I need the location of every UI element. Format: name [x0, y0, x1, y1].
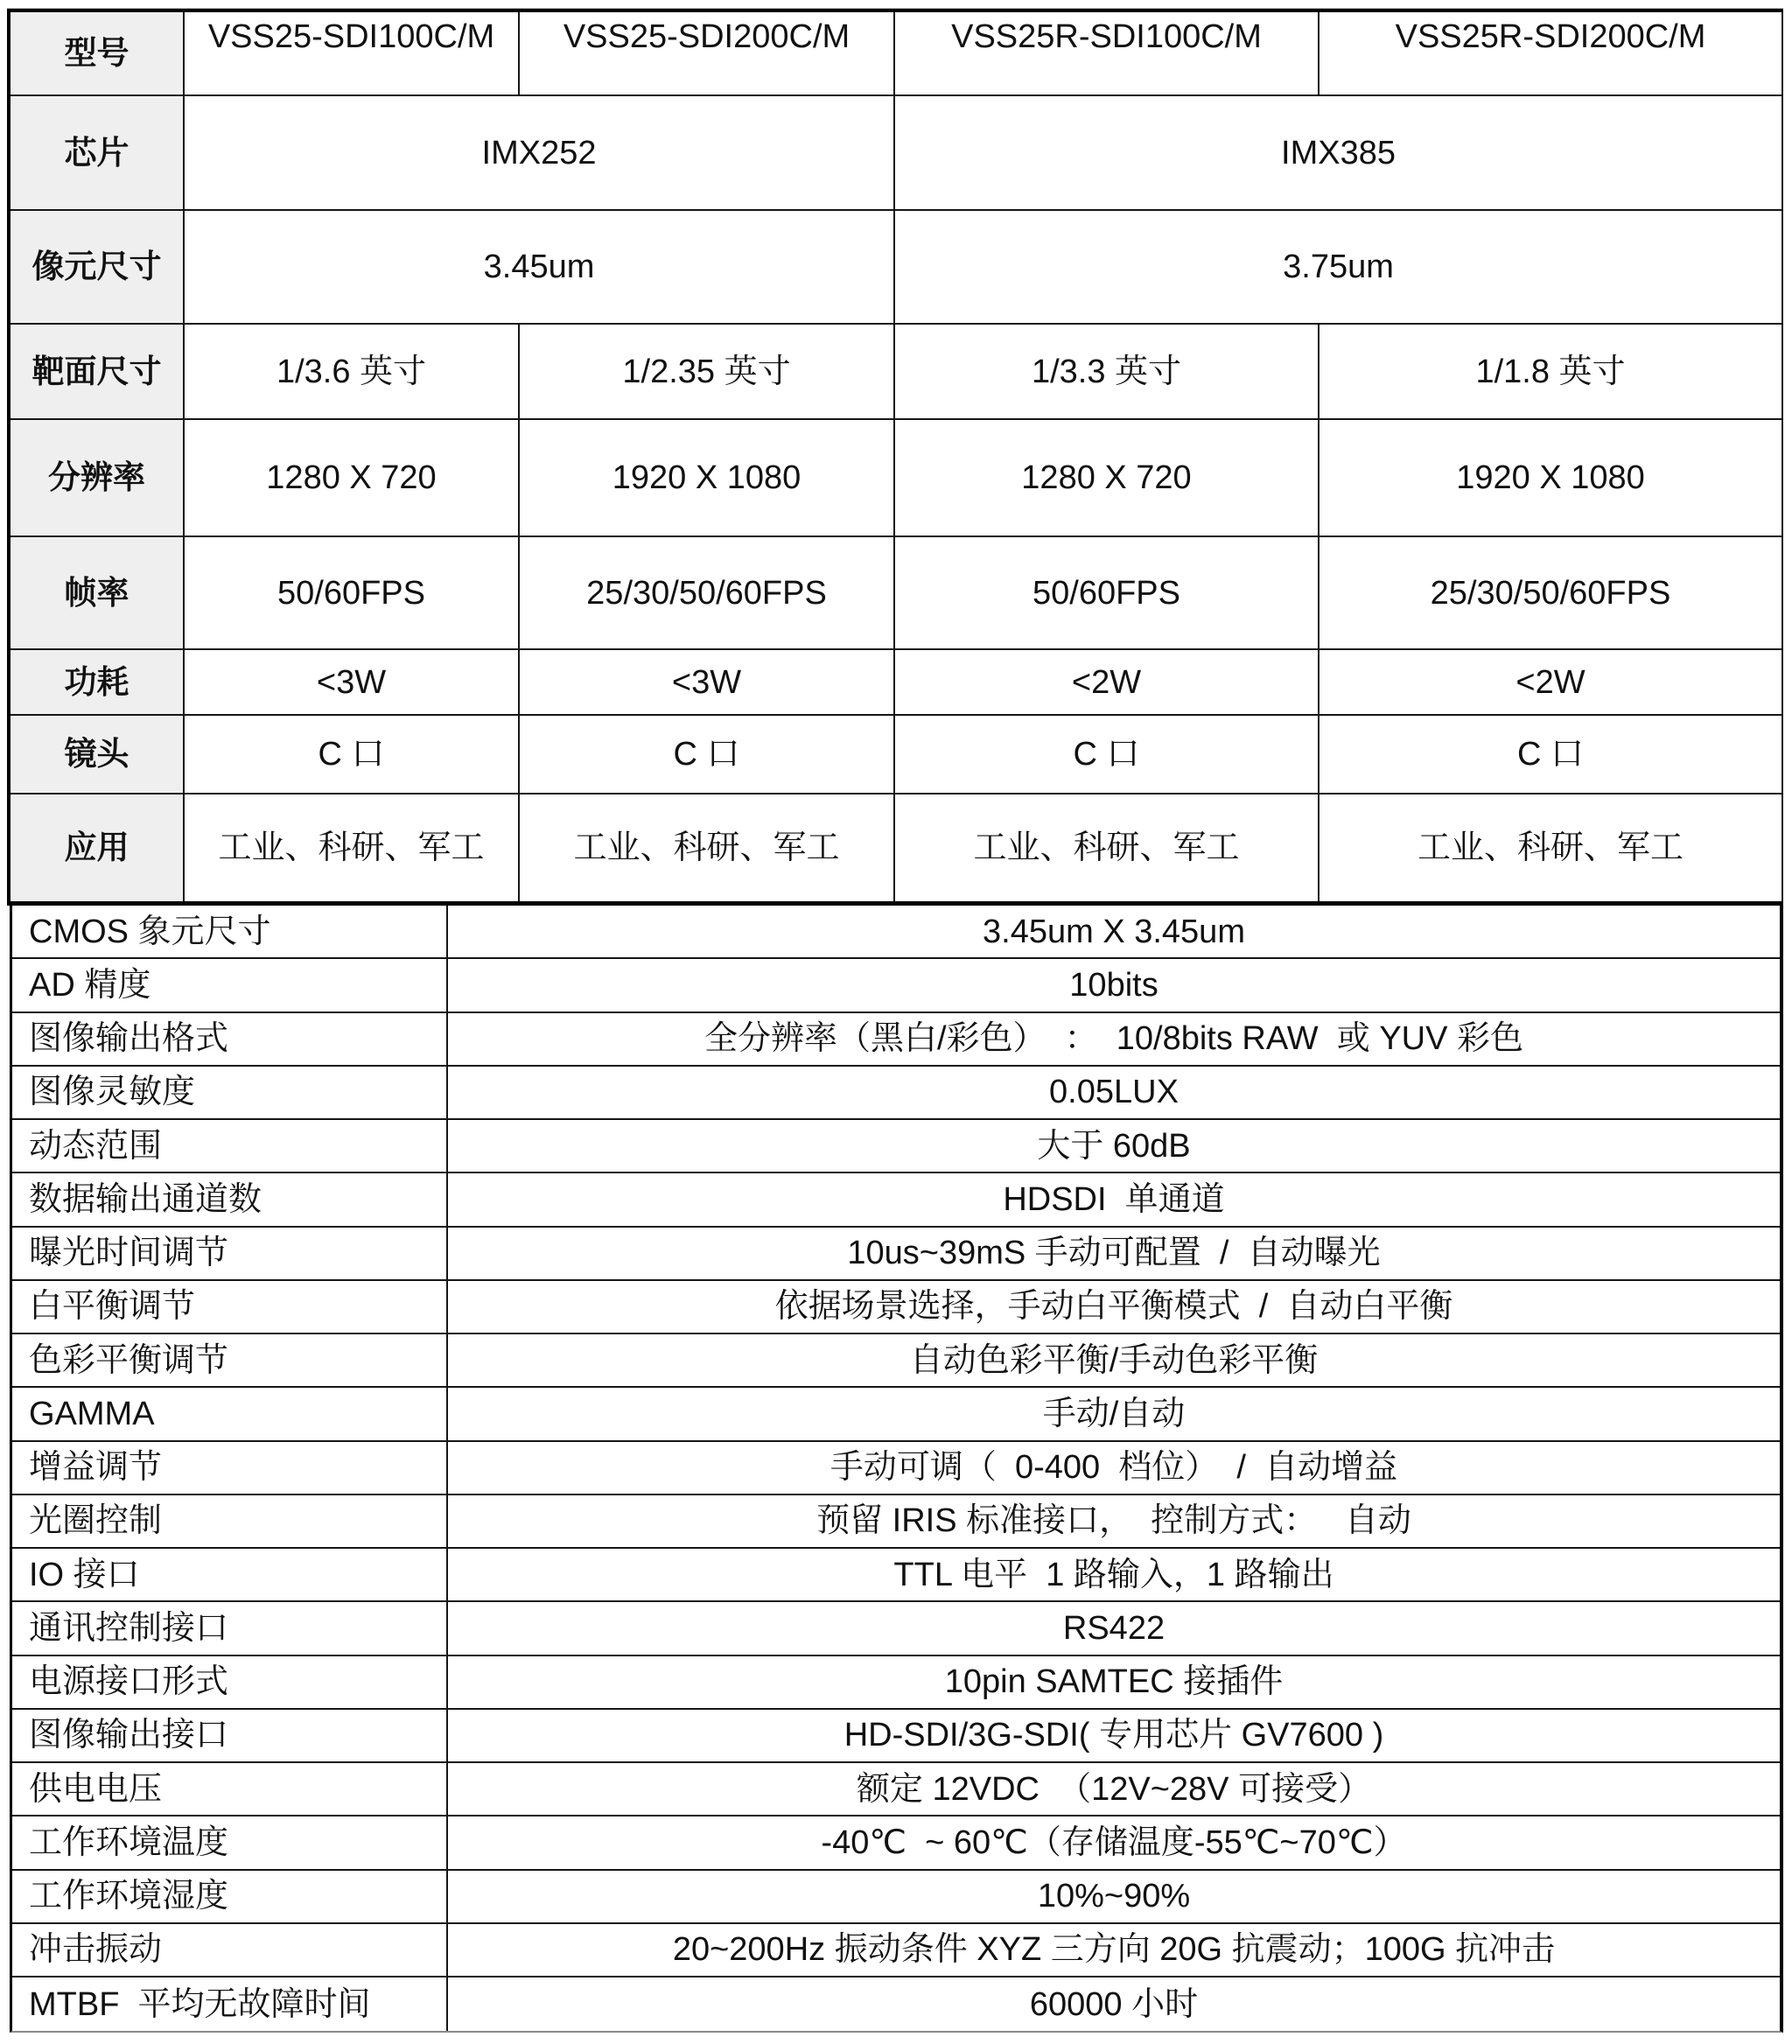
- spec-label: 图像输出接口: [12, 1710, 448, 1761]
- row-label: 帧率: [10, 537, 185, 648]
- spec-label: 电源接口形式: [12, 1656, 448, 1708]
- row-label: 镜头: [10, 716, 185, 793]
- pixel-size-cell: 3.75um: [895, 211, 1781, 323]
- spec-label: 动态范围: [12, 1120, 448, 1172]
- chip-cell: IMX385: [895, 96, 1781, 209]
- row-resolution: 分辨率 1280 X 720 1920 X 1080 1280 X 720 19…: [10, 420, 1781, 537]
- spec-value: 20~200Hz 振动条件 XYZ 三方向 20G 抗震动；100G 抗冲击: [448, 1924, 1780, 1976]
- row-label: 分辨率: [10, 420, 185, 535]
- sensor-format-cell: 1/3.6 英寸: [185, 325, 520, 418]
- spec-label: IO 接口: [12, 1549, 448, 1600]
- spec-value: 10pin SAMTEC 接插件: [448, 1656, 1780, 1708]
- row-power: 功耗 <3W <3W <2W <2W: [10, 650, 1781, 716]
- spec-value: 10%~90%: [448, 1871, 1780, 1922]
- model-name-cell: VSS25-SDI100C/M: [185, 12, 520, 94]
- spec-row-shock-vibration: 冲击振动 20~200Hz 振动条件 XYZ 三方向 20G 抗震动；100G …: [12, 1924, 1780, 1977]
- spec-row-cmos-pixel-size: CMOS 象元尺寸 3.45um X 3.45um: [12, 906, 1780, 959]
- spec-label: 数据输出通道数: [12, 1173, 448, 1225]
- spec-label: 工作环境湿度: [12, 1871, 448, 1922]
- model-name-cell: VSS25R-SDI200C/M: [1319, 12, 1781, 94]
- sensor-format-cell: 1/1.8 英寸: [1319, 325, 1781, 418]
- spec-label: 色彩平衡调节: [12, 1334, 448, 1386]
- spec-label: CMOS 象元尺寸: [12, 906, 448, 957]
- row-label: 靶面尺寸: [10, 325, 185, 418]
- model-name-cell: VSS25R-SDI100C/M: [895, 12, 1319, 94]
- spec-label: 光圈控制: [12, 1495, 448, 1547]
- resolution-cell: 1920 X 1080: [520, 420, 895, 535]
- spec-value: 额定 12VDC （12V~28V 可接受）: [448, 1763, 1780, 1815]
- power-cell: <3W: [185, 650, 520, 714]
- lens-cell: C 口: [185, 716, 520, 793]
- spec-label: 白平衡调节: [12, 1281, 448, 1333]
- spec-row-ad-precision: AD 精度 10bits: [12, 959, 1780, 1012]
- spec-value: 预留 IRIS 标准接口， 控制方式： 自动: [448, 1495, 1780, 1547]
- row-frame-rate: 帧率 50/60FPS 25/30/50/60FPS 50/60FPS 25/3…: [10, 537, 1781, 650]
- spec-label: 冲击振动: [12, 1924, 448, 1976]
- spec-label: 图像输出格式: [12, 1013, 448, 1065]
- frame-rate-cell: 25/30/50/60FPS: [520, 537, 895, 648]
- spec-value: 大于 60dB: [448, 1120, 1780, 1172]
- spec-row-power-connector: 电源接口形式 10pin SAMTEC 接插件: [12, 1656, 1780, 1710]
- model-comparison-table: 型号 VSS25-SDI100C/M VSS25-SDI200C/M VSS25…: [7, 9, 1783, 906]
- spec-label: 供电电压: [12, 1763, 448, 1815]
- resolution-cell: 1280 X 720: [895, 420, 1319, 535]
- row-label: 型号: [10, 12, 185, 94]
- row-label: 应用: [10, 794, 185, 901]
- chip-cell: IMX252: [185, 96, 895, 209]
- spec-value: RS422: [448, 1602, 1780, 1654]
- spec-label: 图像灵敏度: [12, 1067, 448, 1118]
- frame-rate-cell: 50/60FPS: [895, 537, 1319, 648]
- spec-value: 60000 小时: [448, 1977, 1780, 2031]
- spec-value: HD-SDI/3G-SDI( 专用芯片 GV7600 ): [448, 1710, 1780, 1761]
- row-chip: 芯片 IMX252 IMX385: [10, 96, 1781, 211]
- row-pixel-size: 像元尺寸 3.45um 3.75um: [10, 211, 1781, 325]
- spec-row-gain: 增益调节 手动可调（ 0-400 档位） / 自动增益: [12, 1442, 1780, 1495]
- resolution-cell: 1920 X 1080: [1319, 420, 1781, 535]
- spec-value: 3.45um X 3.45um: [448, 906, 1780, 957]
- spec-value: 0.05LUX: [448, 1067, 1780, 1118]
- spec-value: 手动/自动: [448, 1388, 1780, 1439]
- pixel-size-cell: 3.45um: [185, 211, 895, 323]
- row-application: 应用 工业、科研、军工 工业、科研、军工 工业、科研、军工 工业、科研、军工: [10, 794, 1781, 901]
- resolution-cell: 1280 X 720: [185, 420, 520, 535]
- spec-row-output-channels: 数据输出通道数 HDSDI 单通道: [12, 1173, 1780, 1227]
- lens-cell: C 口: [1319, 716, 1781, 793]
- spec-label: 工作环境温度: [12, 1816, 448, 1868]
- sensor-format-cell: 1/2.35 英寸: [520, 325, 895, 418]
- spec-value: 10us~39mS 手动可配置 / 自动曝光: [448, 1228, 1780, 1279]
- row-label: 芯片: [10, 96, 185, 209]
- row-label: 像元尺寸: [10, 211, 185, 323]
- spec-value: 全分辨率（黑白/彩色） ： 10/8bits RAW 或 YUV 彩色: [448, 1013, 1780, 1065]
- spec-row-operating-temperature: 工作环境温度 -40℃ ~ 60℃（存储温度-55℃~70℃）: [12, 1816, 1780, 1870]
- spec-value: 手动可调（ 0-400 档位） / 自动增益: [448, 1442, 1780, 1494]
- spec-row-operating-humidity: 工作环境湿度 10%~90%: [12, 1871, 1780, 1924]
- spec-row-sensitivity: 图像灵敏度 0.05LUX: [12, 1067, 1780, 1120]
- application-cell: 工业、科研、军工: [895, 794, 1319, 901]
- lens-cell: C 口: [895, 716, 1319, 793]
- row-lens: 镜头 C 口 C 口 C 口 C 口: [10, 716, 1781, 794]
- row-sensor-format: 靶面尺寸 1/3.6 英寸 1/2.35 英寸 1/3.3 英寸 1/1.8 英…: [10, 325, 1781, 420]
- model-name-cell: VSS25-SDI200C/M: [520, 12, 895, 94]
- spec-row-mtbf: MTBF 平均无故障时间 60000 小时: [12, 1977, 1780, 2031]
- spec-row-image-output-format: 图像输出格式 全分辨率（黑白/彩色） ： 10/8bits RAW 或 YUV …: [12, 1013, 1780, 1067]
- spec-row-gamma: GAMMA 手动/自动: [12, 1388, 1780, 1441]
- spec-value: TTL 电平 1 路输入，1 路输出: [448, 1549, 1780, 1600]
- frame-rate-cell: 25/30/50/60FPS: [1319, 537, 1781, 648]
- spec-value: HDSDI 单通道: [448, 1173, 1780, 1225]
- sensor-format-cell: 1/3.3 英寸: [895, 325, 1319, 418]
- row-label: 功耗: [10, 650, 185, 714]
- power-cell: <2W: [1319, 650, 1781, 714]
- spec-row-supply-voltage: 供电电压 额定 12VDC （12V~28V 可接受）: [12, 1763, 1780, 1816]
- power-cell: <2W: [895, 650, 1319, 714]
- spec-label: MTBF 平均无故障时间: [12, 1977, 448, 2031]
- spec-value: 自动色彩平衡/手动色彩平衡: [448, 1334, 1780, 1386]
- spec-label: 曝光时间调节: [12, 1228, 448, 1279]
- spec-row-exposure: 曝光时间调节 10us~39mS 手动可配置 / 自动曝光: [12, 1228, 1780, 1281]
- lens-cell: C 口: [520, 716, 895, 793]
- application-cell: 工业、科研、军工: [185, 794, 520, 901]
- spec-value: 10bits: [448, 959, 1780, 1011]
- spec-row-iris: 光圈控制 预留 IRIS 标准接口， 控制方式： 自动: [12, 1495, 1780, 1549]
- spec-label: 增益调节: [12, 1442, 448, 1494]
- power-cell: <3W: [520, 650, 895, 714]
- spec-row-color-balance: 色彩平衡调节 自动色彩平衡/手动色彩平衡: [12, 1334, 1780, 1388]
- spec-row-comm-interface: 通讯控制接口 RS422: [12, 1602, 1780, 1655]
- spec-row-image-output-interface: 图像输出接口 HD-SDI/3G-SDI( 专用芯片 GV7600 ): [12, 1710, 1780, 1763]
- application-cell: 工业、科研、军工: [1319, 794, 1781, 901]
- spec-value: 依据场景选择，手动白平衡模式 / 自动白平衡: [448, 1281, 1780, 1333]
- spec-row-dynamic-range: 动态范围 大于 60dB: [12, 1120, 1780, 1173]
- spec-row-white-balance: 白平衡调节 依据场景选择，手动白平衡模式 / 自动白平衡: [12, 1281, 1780, 1334]
- spec-label: GAMMA: [12, 1388, 448, 1439]
- application-cell: 工业、科研、军工: [520, 794, 895, 901]
- specification-table: CMOS 象元尺寸 3.45um X 3.45um AD 精度 10bits 图…: [10, 906, 1783, 2033]
- spec-row-io: IO 接口 TTL 电平 1 路输入，1 路输出: [12, 1549, 1780, 1602]
- spec-label: AD 精度: [12, 959, 448, 1011]
- row-model: 型号 VSS25-SDI100C/M VSS25-SDI200C/M VSS25…: [10, 12, 1781, 96]
- spec-value: -40℃ ~ 60℃（存储温度-55℃~70℃）: [448, 1816, 1780, 1868]
- frame-rate-cell: 50/60FPS: [185, 537, 520, 648]
- spec-label: 通讯控制接口: [12, 1602, 448, 1654]
